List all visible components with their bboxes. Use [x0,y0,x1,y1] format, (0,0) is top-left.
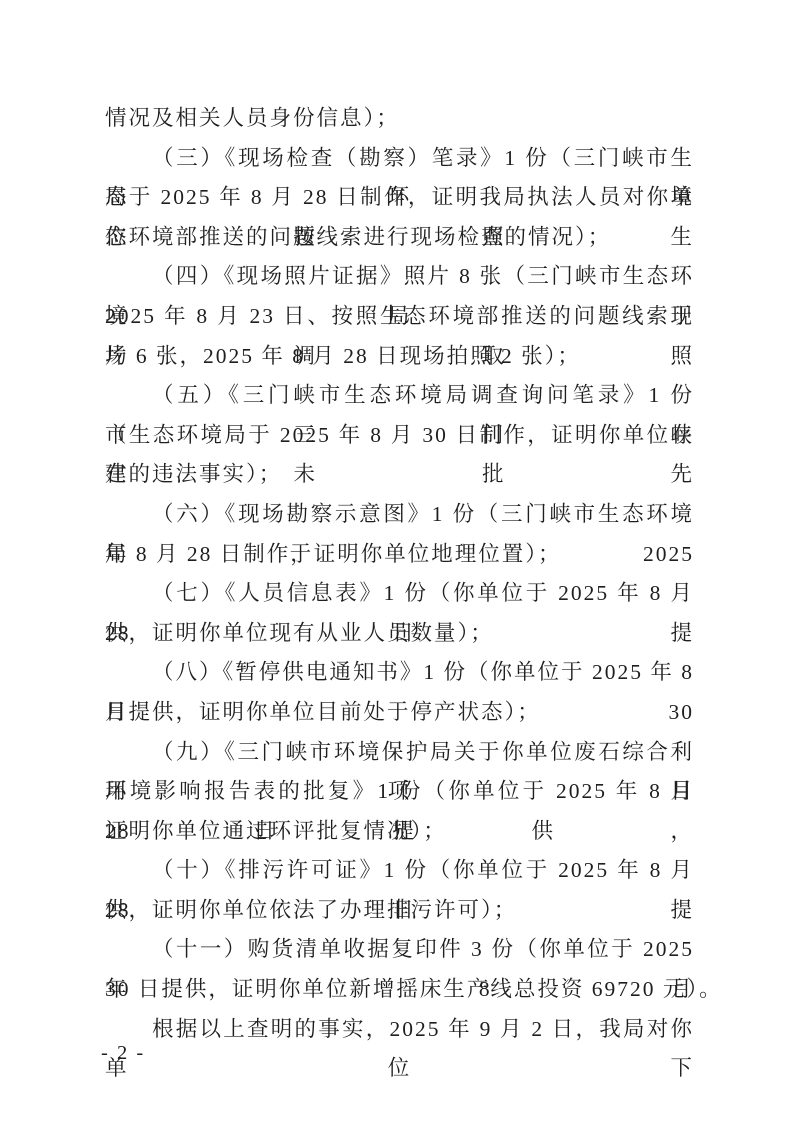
text-line: 态环境部推送的问题线索进行现场检查的情况）； [105,218,694,258]
text-line: 30 日提供，证明你单位新增摇床生产线总投资 69720 元）。 [105,970,694,1010]
text-line: 环境影响报告表的批复》1 份（你单位于 2025 年 8 月 28 日提供， [105,772,694,812]
text-line: 市生态环境局于 2025 年 8 月 30 日制作，证明你单位存在未批先 [105,416,694,456]
text-line: （七）《人员信息表》1 份（你单位于 2025 年 8 月 28 日提 [105,574,694,614]
text-line: （八）《暂停供电通知书》1 份（你单位于 2025 年 8 月 30 [105,653,694,693]
text-line: （六）《现场勘察示意图》1 份（三门峡市生态环境局于 2025 [105,495,694,535]
text-line: 情况及相关人员身份信息）； [105,99,694,139]
text-line: （三）《现场检查（勘察）笔录》1 份（三门峡市生态环境 [105,139,694,179]
page-number: - 2 - [101,1038,145,1068]
document-body: 情况及相关人员身份信息）；（三）《现场检查（勘察）笔录》1 份（三门峡市生态环境… [105,99,694,1049]
text-line: 2025 年 8 月 23 日、按照生态环境部推送的问题线索现场调取照 [105,297,694,337]
text-line: （十）《排污许可证》1 份（你单位于 2025 年 8 月 28 日提 [105,851,694,891]
text-line: 局于 2025 年 8 月 28 日制作，证明我局执法人员对你单位按照生 [105,178,694,218]
text-line: （五）《三门峡市生态环境局调查询问笔录》1 份（三门峡 [105,376,694,416]
text-line: （四）《现场照片证据》照片 8 张（三门峡市生态环境局于 [105,257,694,297]
document-page: 情况及相关人员身份信息）；（三）《现场检查（勘察）笔录》1 份（三门峡市生态环境… [0,0,793,1122]
text-line: （十一）购货清单收据复印件 3 份（你单位于 2025 年 8 月 [105,930,694,970]
text-line: 根据以上查明的事实，2025 年 9 月 2 日，我局对你单位下 [105,1010,694,1050]
text-line: （九）《三门峡市环境保护局关于你单位废石综合利用项目 [105,733,694,773]
